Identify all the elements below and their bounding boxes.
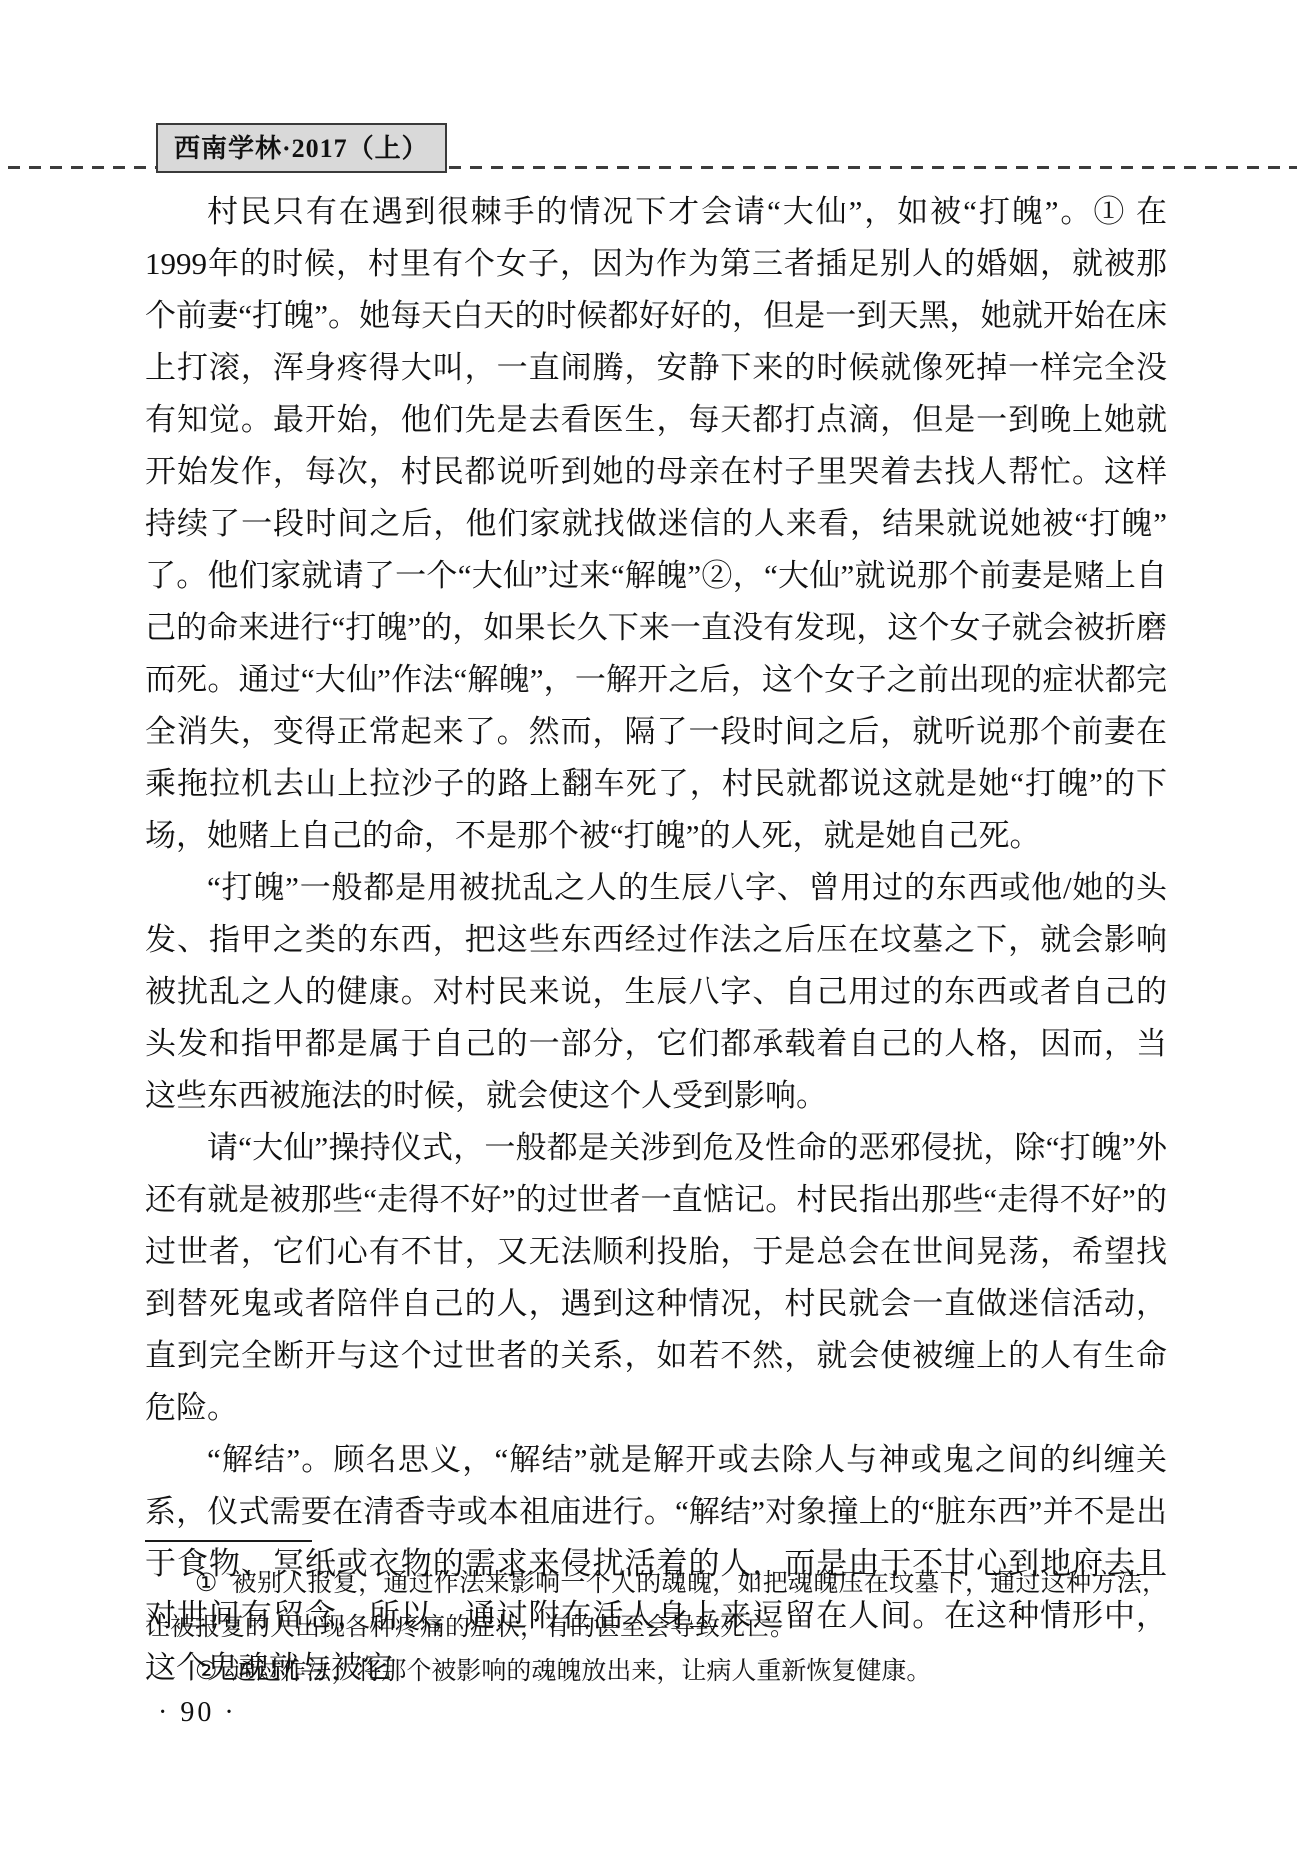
paragraph-1: 村民只有在遇到很棘手的情况下才会请“大仙”，如被“打魄”。① 在1999年的时候… xyxy=(145,186,1167,862)
book-page: 西南学林·2017（上） 村民只有在遇到很棘手的情况下才会请“大仙”，如被“打魄… xyxy=(0,0,1307,1859)
footnote-2-text: 通过作法，将那个被影响的魂魄放出来，让病人重新恢复健康。 xyxy=(231,1658,931,1685)
footnote-1-marker: ① xyxy=(195,1570,232,1597)
footnote-2-marker: ② xyxy=(195,1658,231,1685)
footnote-2: ②通过作法，将那个被影响的魂魄放出来，让病人重新恢复健康。 xyxy=(145,1650,1167,1694)
footnotes: ①被别人报复，通过作法来影响一个人的魂魄，如把魂魄压在坟墓下，通过这种方法，让被… xyxy=(145,1562,1167,1694)
footnote-1: ①被别人报复，通过作法来影响一个人的魂魄，如把魂魄压在坟墓下，通过这种方法，让被… xyxy=(145,1562,1167,1650)
paragraph-3: 请“大仙”操持仪式，一般都是关涉到危及性命的恶邪侵扰，除“打魄”外还有就是被那些… xyxy=(145,1122,1167,1434)
journal-header-badge: 西南学林·2017（上） xyxy=(156,123,447,173)
footnote-1-text: 被别人报复，通过作法来影响一个人的魂魄，如把魂魄压在坟墓下，通过这种方法，让被报… xyxy=(145,1570,1167,1641)
body-text: 村民只有在遇到很棘手的情况下才会请“大仙”，如被“打魄”。① 在1999年的时候… xyxy=(145,186,1167,1694)
page-number: · 90 · xyxy=(158,1697,237,1729)
footnote-separator-rule xyxy=(145,1540,312,1542)
paragraph-2: “打魄”一般都是用被扰乱之人的生辰八字、曾用过的东西或他/她的头发、指甲之类的东… xyxy=(145,862,1167,1122)
